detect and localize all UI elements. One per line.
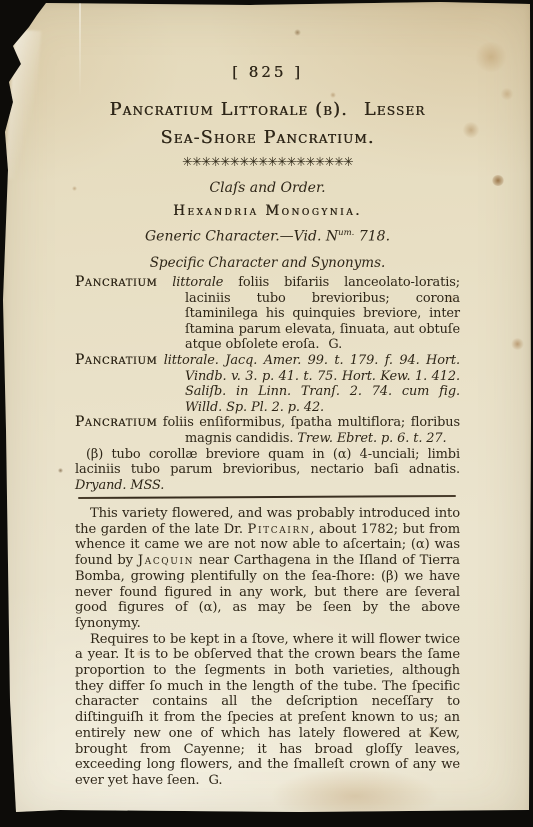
stain: [58, 468, 63, 473]
body-text-run: Requires to be kept in a ſtove, where it…: [75, 632, 460, 788]
body-paragraph-2: Requires to be kept in a ſtove, where it…: [75, 632, 460, 789]
generic-character-superscript: um.: [338, 228, 354, 238]
stain: [462, 122, 480, 138]
generic-character-prefix: Generic Character.—Vid. N: [145, 229, 338, 245]
class-order-heading: Claſs and Order.: [75, 180, 460, 196]
beta-variety-note: (β) tubo corollæ breviore quam in (α) 4-…: [75, 447, 460, 494]
document-page: [ 825 ] Pancratium Littorale (β).Lesser …: [0, 0, 533, 827]
body-text: This variety flowered, and was probably …: [75, 506, 460, 789]
species-epithet: littorale: [157, 275, 238, 290]
author-initial: G.: [208, 773, 222, 788]
specific-character-heading: Specific Character and Synonyms.: [75, 255, 460, 271]
synonym-entry-3: Pancratium foliis enſiformibus, ſpatha m…: [75, 415, 460, 446]
page-title: Pancratium Littorale (β).Lesser Sea-Shor…: [75, 96, 460, 152]
page-number: [ 825 ]: [75, 58, 460, 81]
synonym-entry-1: Pancratium littorale foliis bifariis lan…: [75, 275, 460, 353]
synonym-entry-2: Pancratium littorale. Jacq. Amer. 99. t.…: [75, 353, 460, 415]
ornament-divider: ✳✳✳✳✳✳✳✳✳✳✳✳✳✳✳✳✳✳: [75, 154, 460, 169]
person-name: Pitcairn: [248, 522, 311, 537]
stain: [294, 29, 301, 36]
generic-character-suffix: 718.: [354, 229, 390, 245]
person-name: Jacquin: [138, 553, 194, 568]
citation: Jacq. Amer. 99. t. 179. f. 94. Hort. Vin…: [185, 353, 460, 415]
torn-edge-highlight: [5, 29, 41, 180]
page-header: [ 825 ] Pancratium Littorale (β).Lesser …: [75, 58, 460, 275]
citation: Trew. Ebret. p. 6. t. 27.: [297, 431, 446, 446]
genus-label: Pancratium: [75, 274, 157, 290]
page-content: [ 825 ] Pancratium Littorale (β).Lesser …: [75, 58, 460, 789]
synonyms-section: Pancratium littorale foliis bifariis lan…: [75, 275, 460, 496]
author-initial: G.: [328, 337, 342, 352]
genus-label: Pancratium: [75, 352, 157, 368]
genus-label: Pancratium: [75, 414, 157, 430]
stain: [511, 338, 524, 350]
title-line-2: Sea-Shore Pancratium.: [75, 124, 460, 152]
stain: [500, 88, 514, 100]
class-order-value: Hexandria Monogynia.: [75, 203, 460, 219]
title-species: Pancratium Littorale (β).: [110, 100, 348, 120]
beta-note-text: (β) tubo corollæ breviore quam in (α) 4-…: [75, 447, 460, 478]
generic-character-line: Generic Character.—Vid. Num. 718.: [75, 228, 460, 245]
stain: [474, 42, 508, 72]
title-line-1: Pancratium Littorale (β).Lesser: [75, 96, 460, 124]
citation: Dryand. MSS.: [75, 478, 164, 493]
stain: [492, 175, 504, 186]
species-epithet: littorale.: [157, 353, 225, 368]
body-paragraph-1: This variety flowered, and was probably …: [75, 506, 460, 632]
title-common-name-start: Lesser: [364, 100, 426, 120]
